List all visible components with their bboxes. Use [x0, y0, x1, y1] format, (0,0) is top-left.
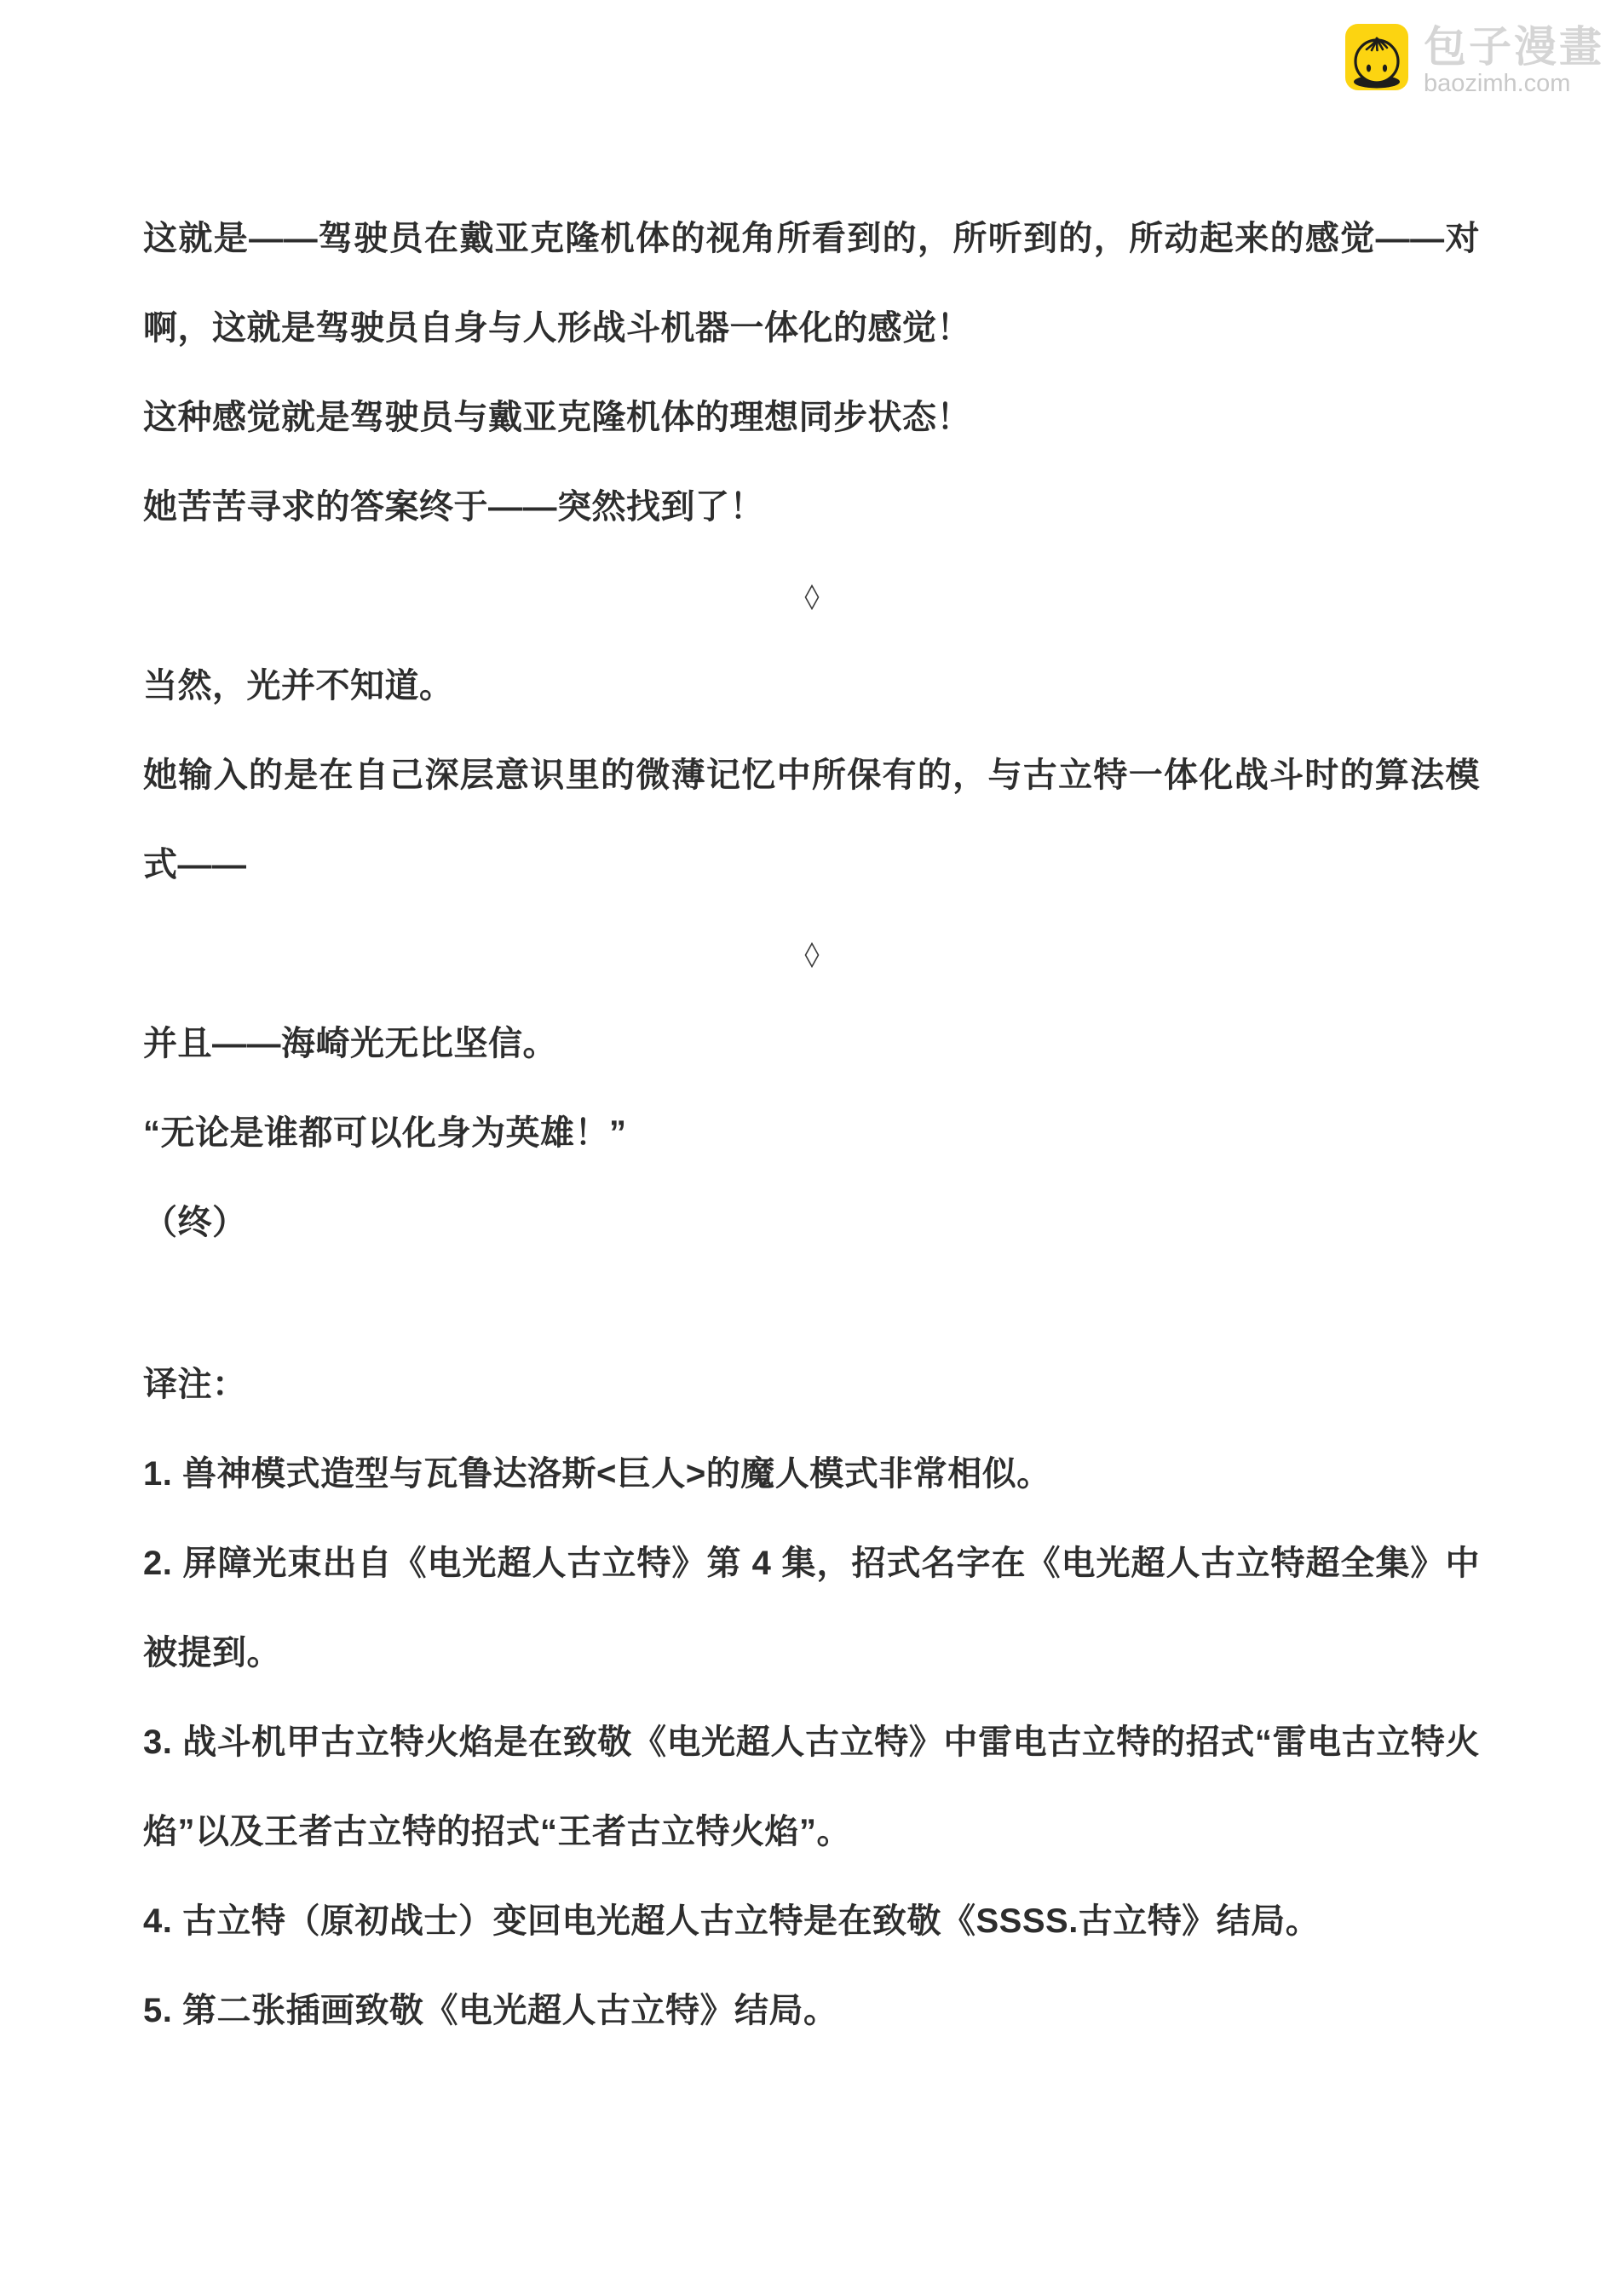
story-text: 这就是——驾驶员在戴亚克隆机体的视角所看到的，所听到的，所动起来的感觉——对啊，… [0, 0, 1623, 2056]
story-paragraph: 并且——海崎光无比坚信。 [143, 999, 1480, 1089]
note-item: 3. 战斗机甲古立特火焰是在致敬《电光超人古立特》中雷电古立特的招式“雷电古立特… [143, 1698, 1480, 1877]
story-paragraph: “无论是谁都可以化身为英雄！” [143, 1089, 1480, 1178]
story-paragraph: 这就是——驾驶员在戴亚克隆机体的视角所看到的，所听到的，所动起来的感觉——对啊，… [143, 194, 1480, 373]
note-item: 2. 屏障光束出自《电光超人古立特》第 4 集，招式名字在《电光超人古立特超全集… [143, 1519, 1480, 1698]
note-item: 1. 兽神模式造型与瓦鲁达洛斯<巨人>的魔人模式非常相似。 [143, 1430, 1480, 1519]
scene-break [143, 910, 1480, 999]
story-paragraph: 她苦苦寻求的答案终于——突然找到了！ [143, 463, 1480, 552]
scene-break [143, 552, 1480, 642]
story-paragraph: 她输入的是在自己深层意识里的微薄记忆中所保有的，与古立特一体化战斗时的算法模式—… [143, 731, 1480, 910]
story-paragraph: （终） [143, 1178, 1480, 1268]
story-paragraph: 这种感觉就是驾驶员与戴亚克隆机体的理想同步状态！ [143, 373, 1480, 463]
note-item: 5. 第二张插画致敬《电光超人古立特》结局。 [143, 1966, 1480, 2056]
translator-notes: 译注： 1. 兽神模式造型与瓦鲁达洛斯<巨人>的魔人模式非常相似。 2. 屏障光… [143, 1340, 1480, 2056]
scene-break-diamond-icon [804, 584, 820, 610]
note-item: 4. 古立特（原初战士）变回电光超人古立特是在致敬《SSSS.古立特》结局。 [143, 1877, 1480, 1966]
notes-heading: 译注： [143, 1340, 1480, 1430]
scene-break-diamond-icon [804, 942, 820, 968]
story-paragraph: 当然，光并不知道。 [143, 642, 1480, 731]
